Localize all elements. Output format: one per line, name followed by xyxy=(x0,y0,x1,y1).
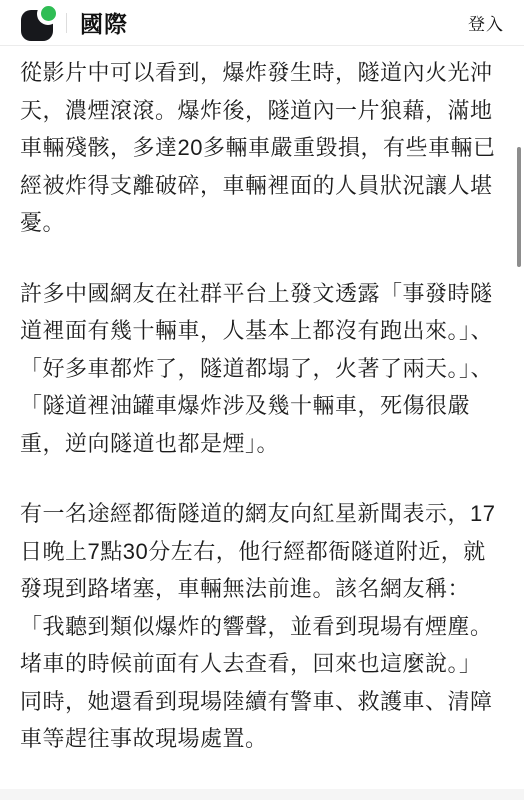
site-logo[interactable] xyxy=(20,4,56,42)
news-article-page: 國際 登入 從影片中可以看到，爆炸發生時，隧道內火光沖天，濃煙滾滾。爆炸後，隧道… xyxy=(0,0,524,800)
next-section-strip xyxy=(0,789,524,800)
logo-green-dot-icon xyxy=(41,6,56,21)
article-paragraph-3: 有一名途經都衙隧道的網友向紅星新聞表示，17日晚上7點30分左右，他行經都衙隧道… xyxy=(20,495,502,758)
article-body: 從影片中可以看到，爆炸發生時，隧道內火光沖天，濃煙滾滾。爆炸後，隧道內一片狼藉，… xyxy=(0,46,524,758)
article-paragraph-1: 從影片中可以看到，爆炸發生時，隧道內火光沖天，濃煙滾滾。爆炸後，隧道內一片狼藉，… xyxy=(20,54,502,242)
site-header: 國際 登入 xyxy=(0,0,524,46)
article-paragraph-2: 許多中國網友在社群平台上發文透露「事發時隧道裡面有幾十輛車，人基本上都沒有跑出來… xyxy=(20,275,502,463)
category-title[interactable]: 國際 xyxy=(80,6,128,39)
login-button[interactable]: 登入 xyxy=(468,10,504,35)
header-divider xyxy=(66,13,67,33)
scrollbar-thumb[interactable] xyxy=(517,147,521,267)
